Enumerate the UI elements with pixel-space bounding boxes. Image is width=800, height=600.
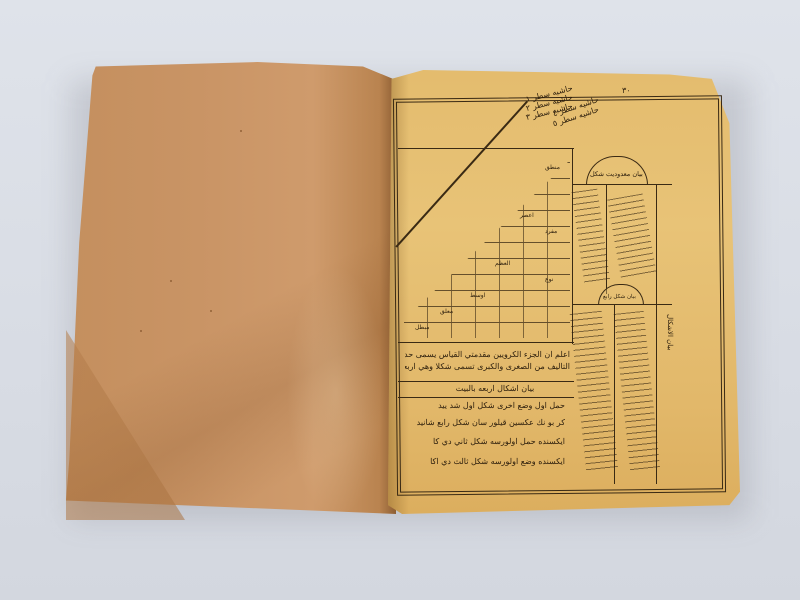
table-cell: معلق [440, 308, 453, 315]
paper-speck [170, 280, 172, 282]
table-cell: اعصر [520, 212, 534, 219]
paper-speck [140, 330, 142, 332]
divider-line [398, 397, 574, 398]
divider-line [398, 148, 574, 149]
verse-line: ايكسنده وضع اولورسه شكل ثالث دي اكا [405, 457, 565, 466]
top-semicircle-label: بيان معدوديت شكل [590, 170, 643, 178]
section-heading: بيان اشكال اربعه بالبيت [440, 384, 550, 393]
verse-line: ايكسنده حمل اولورسه شكل ثاني دي كا [405, 437, 565, 446]
divider-line [398, 381, 574, 382]
paper-speck [240, 130, 242, 132]
paper-speck [210, 310, 212, 312]
verse-line: حمل اول وضع اخرى شكل اول شد ييد [415, 401, 565, 410]
table-cell: منطق [545, 164, 560, 171]
table-cell: مبطل [415, 324, 430, 331]
photo-scene: ٣٠ حاشیه سطر ١ حاشیه سطر ٢ حاشیه سطر ٣ ح… [0, 0, 800, 600]
page-number: ٣٠ [622, 86, 631, 95]
column-divider [572, 304, 672, 305]
paragraph-line: اعلم ان الجزء الكرويين مقدمتي القياس يسم… [405, 350, 570, 359]
side-margin-note: بيان الاشكال [664, 110, 674, 350]
verse-line: كر بو نك عكسين قيلور سان شكل رابع شانيد [405, 418, 565, 427]
table-cell: نوع [545, 276, 553, 283]
middle-semicircle-label: بيان شكل رابع [603, 294, 636, 300]
table-cell: اوسط [470, 292, 485, 299]
paragraph-line: التاليف من الصغرى والكبرى تسمى شكلا وهي … [405, 362, 570, 371]
table-cell: مفرد [545, 228, 557, 235]
table-cell: العظم [495, 260, 510, 267]
divider-line [398, 342, 574, 343]
